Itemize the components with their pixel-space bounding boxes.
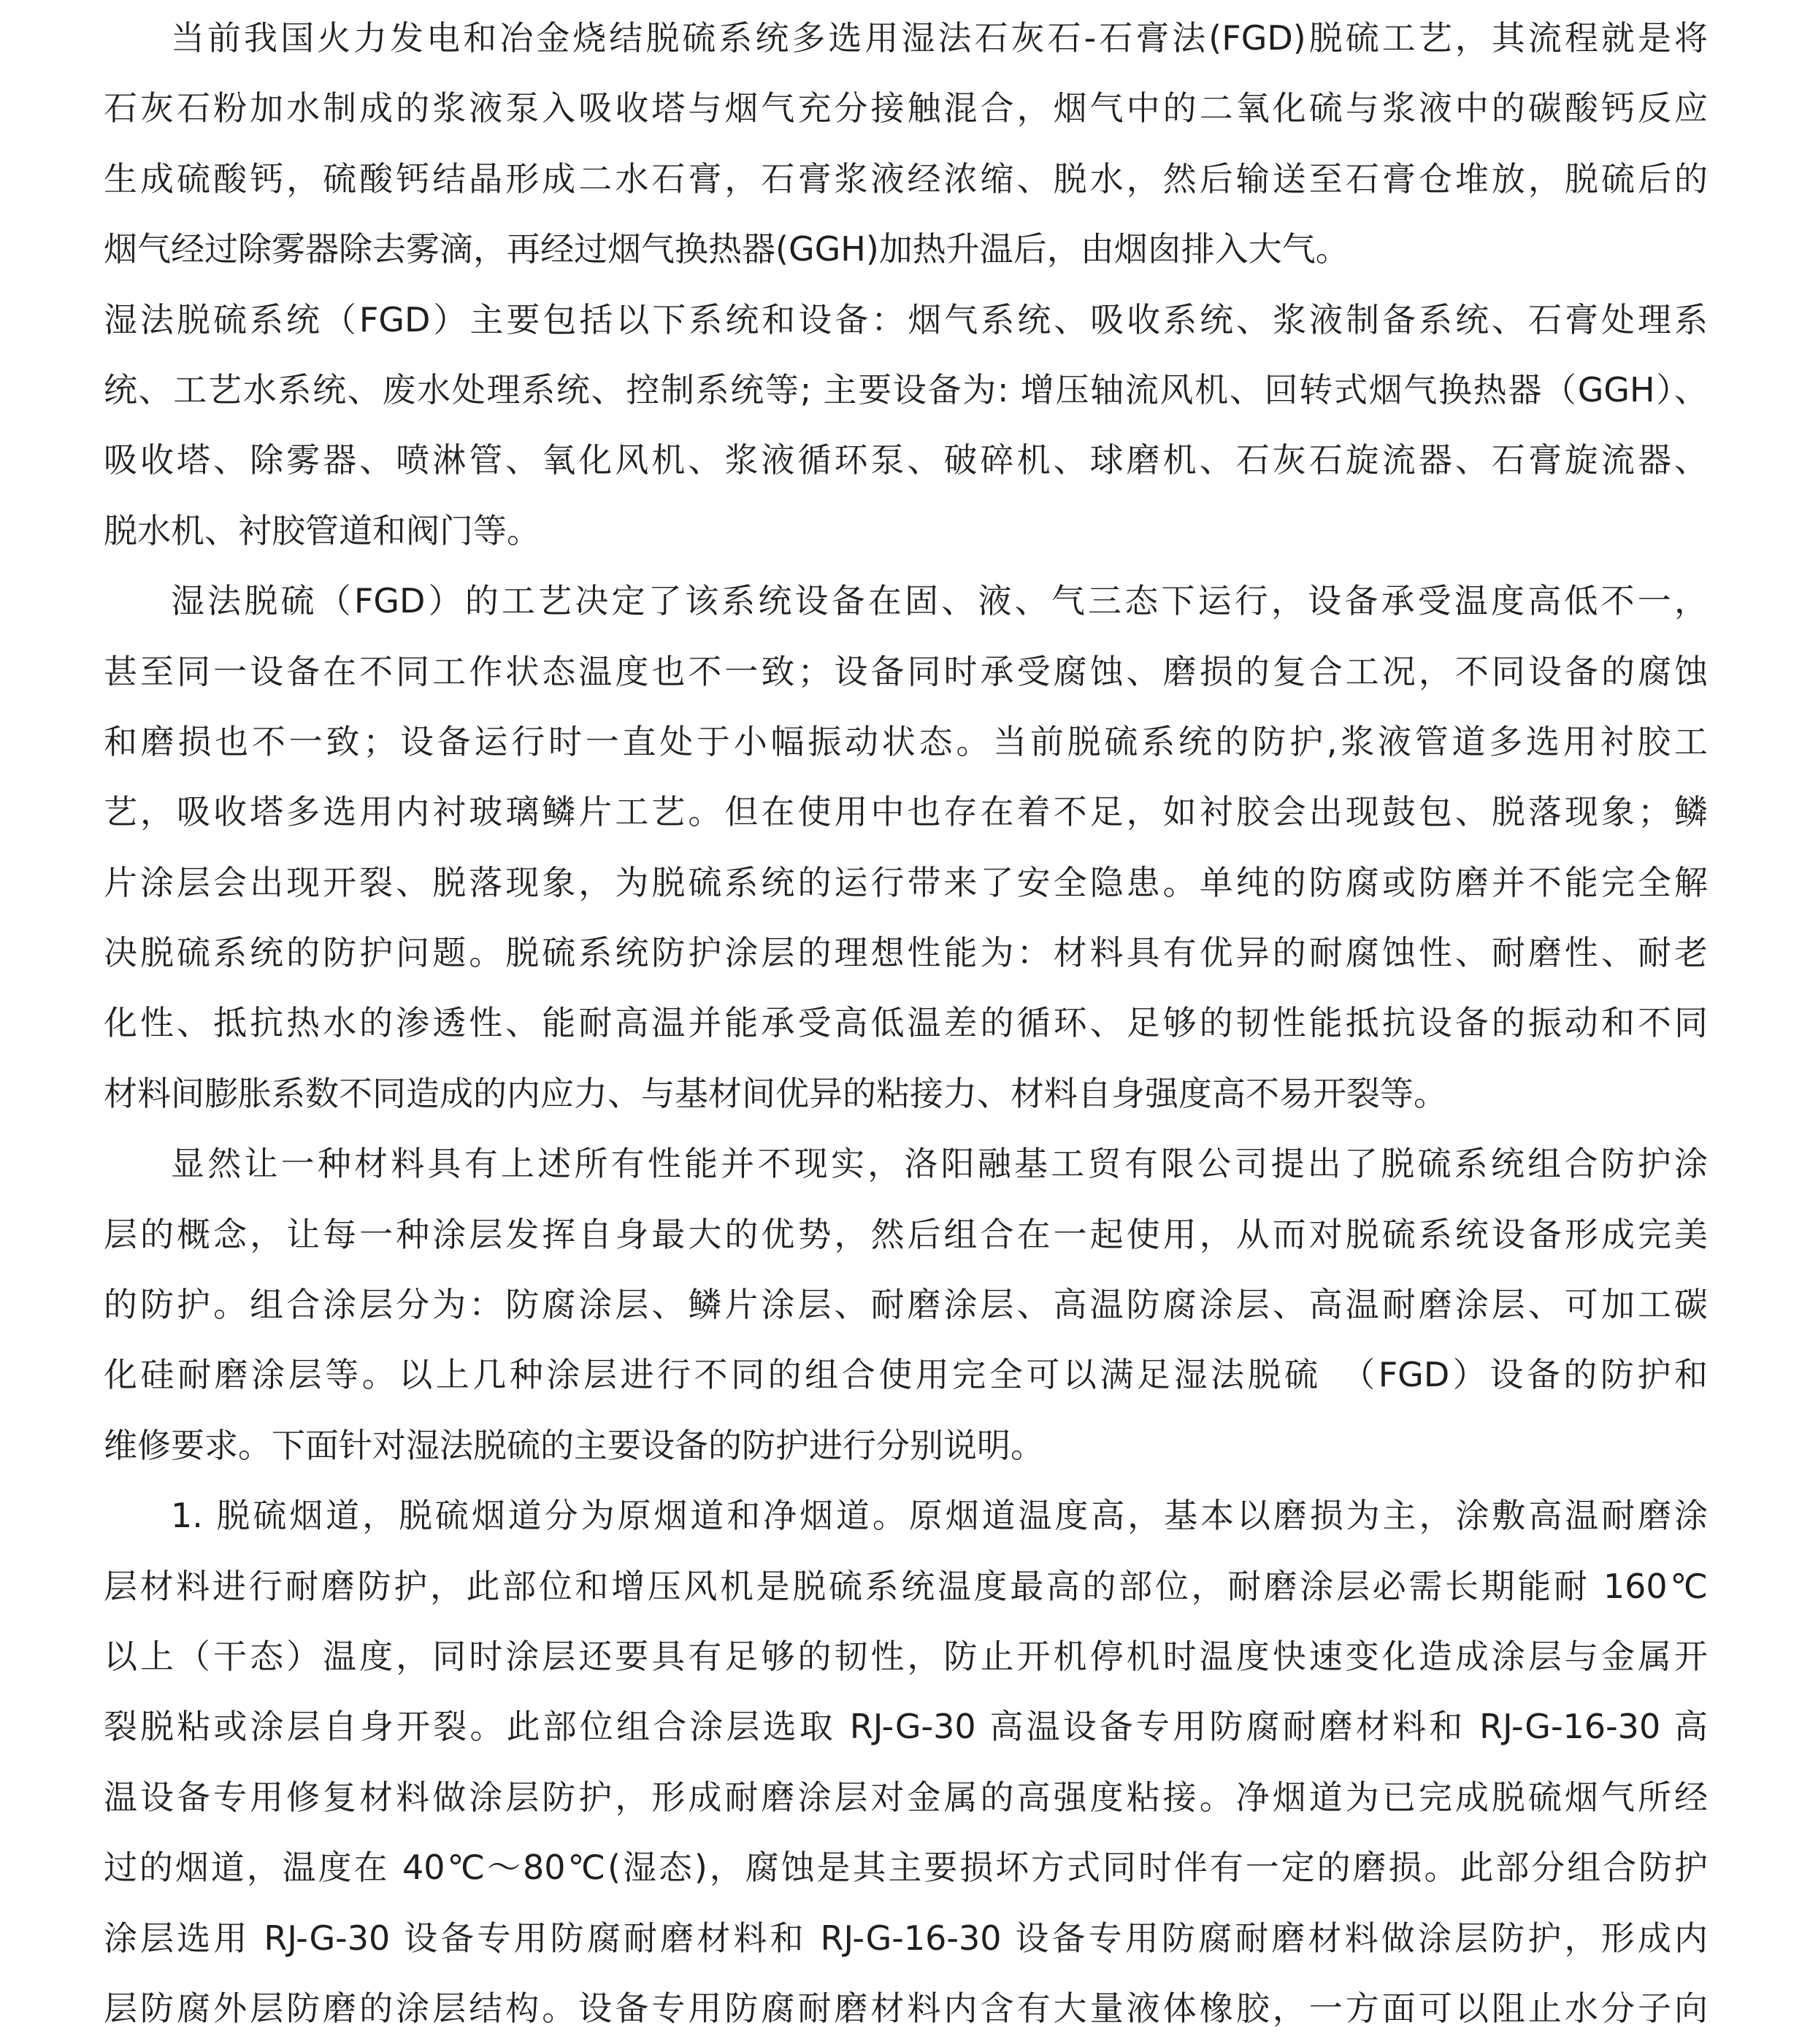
text-line: 艺，吸收塔多选用内衬玻璃鳞片工艺。但在使用中也存在着不足，如衬胶会出现鼓包、脱落… [104, 777, 1708, 847]
paragraph: 当前我国火力发电和冶金烧结脱硫系统多选用湿法石灰石-石膏法(FGD)脱硫工艺，其… [104, 3, 1708, 285]
text-line: 的防护。组合涂层分为：防腐涂层、鳞片涂层、耐磨涂层、高温防腐涂层、高温耐磨涂层、… [104, 1269, 1708, 1340]
text-line: 层的概念，让每一种涂层发挥自身最大的优势，然后组合在一起使用，从而对脱硫系统设备… [104, 1199, 1708, 1269]
text-line: 涂层选用 RJ-G-30 设备专用防腐耐磨材料和 RJ-G-16-30 设备专用… [104, 1903, 1708, 1973]
text-line: 化性、抵抗热水的渗透性、能耐高温并能承受高低温差的循环、足够的韧性能抵抗设备的振… [104, 988, 1708, 1058]
paragraph: 1. 脱硫烟道，脱硫烟道分为原烟道和净烟道。原烟道温度高，基本以磨损为主，涂敷高… [104, 1480, 1708, 2043]
text-line: 显然让一种材料具有上述所有性能并不现实，洛阳融基工贸有限公司提出了脱硫系统组合防… [104, 1129, 1708, 1199]
text-line: 材料间膨胀系数不同造成的内应力、与基材间优异的粘接力、材料自身强度高不易开裂等。 [104, 1058, 1708, 1129]
text-line: 统、工艺水系统、废水处理系统、控制系统等; 主要设备为: 增压轴流风机、回转式烟… [104, 355, 1708, 425]
paragraph: 湿法脱硫系统（FGD）主要包括以下系统和设备：烟气系统、吸收系统、浆液制备系统、… [104, 285, 1708, 566]
document-body: 当前我国火力发电和冶金烧结脱硫系统多选用湿法石灰石-石膏法(FGD)脱硫工艺，其… [104, 3, 1708, 2043]
text-line: 层材料进行耐磨防护，此部位和增压风机是脱硫系统温度最高的部位，耐磨涂层必需长期能… [104, 1551, 1708, 1621]
paragraph: 显然让一种材料具有上述所有性能并不现实，洛阳融基工贸有限公司提出了脱硫系统组合防… [104, 1129, 1708, 1480]
text-line: 片涂层会出现开裂、脱落现象，为脱硫系统的运行带来了安全隐患。单纯的防腐或防磨并不… [104, 848, 1708, 918]
text-line: 生成硫酸钙，硫酸钙结晶形成二水石膏，石膏浆液经浓缩、脱水，然后输送至石膏仓堆放，… [104, 144, 1708, 214]
text-line: 石灰石粉加水制成的浆液泵入吸收塔与烟气充分接触混合，烟气中的二氧化硫与浆液中的碳… [104, 73, 1708, 143]
text-line: 和磨损也不一致；设备运行时一直处于小幅振动状态。当前脱硫系统的防护,浆液管道多选… [104, 707, 1708, 777]
text-line: 1. 脱硫烟道，脱硫烟道分为原烟道和净烟道。原烟道温度高，基本以磨损为主，涂敷高… [104, 1480, 1708, 1551]
text-line: 湿法脱硫系统（FGD）主要包括以下系统和设备：烟气系统、吸收系统、浆液制备系统、… [104, 285, 1708, 355]
text-line: 温设备专用修复材料做涂层防护，形成耐磨涂层对金属的高强度粘接。净烟道为已完成脱硫… [104, 1762, 1708, 1832]
text-line: 化硅耐磨涂层等。以上几种涂层进行不同的组合使用完全可以满足湿法脱硫 （FGD）设… [104, 1340, 1708, 1410]
text-line: 吸收塔、除雾器、喷淋管、氧化风机、浆液循环泵、破碎机、球磨机、石灰石旋流器、石膏… [104, 425, 1708, 495]
paragraph: 湿法脱硫（FGD）的工艺决定了该系统设备在固、液、气三态下运行，设备承受温度高低… [104, 566, 1708, 1129]
text-line: 当前我国火力发电和冶金烧结脱硫系统多选用湿法石灰石-石膏法(FGD)脱硫工艺，其… [104, 3, 1708, 73]
text-line: 维修要求。下面针对湿法脱硫的主要设备的防护进行分别说明。 [104, 1410, 1708, 1480]
text-line: 层防腐外层防磨的涂层结构。设备专用防腐耐磨材料内含有大量液体橡胶，一方面可以阻止… [104, 1973, 1708, 2043]
text-line: 甚至同一设备在不同工作状态温度也不一致；设备同时承受腐蚀、磨损的复合工况，不同设… [104, 637, 1708, 707]
text-line: 脱水机、衬胶管道和阀门等。 [104, 496, 1708, 566]
text-line: 过的烟道，温度在 40℃～80℃(湿态)，腐蚀是其主要损坏方式同时伴有一定的磨损… [104, 1832, 1708, 1902]
text-line: 烟气经过除雾器除去雾滴，再经过烟气换热器(GGH)加热升温后，由烟囱排入大气。 [104, 214, 1708, 284]
document-page: 当前我国火力发电和冶金烧结脱硫系统多选用湿法石灰石-石膏法(FGD)脱硫工艺，其… [0, 0, 1810, 2044]
text-line: 裂脱粘或涂层自身开裂。此部位组合涂层选取 RJ-G-30 高温设备专用防腐耐磨材… [104, 1691, 1708, 1761]
text-line: 以上（干态）温度，同时涂层还要具有足够的韧性，防止开机停机时温度快速变化造成涂层… [104, 1621, 1708, 1691]
text-line: 湿法脱硫（FGD）的工艺决定了该系统设备在固、液、气三态下运行，设备承受温度高低… [104, 566, 1708, 636]
text-line: 决脱硫系统的防护问题。脱硫系统防护涂层的理想性能为：材料具有优异的耐腐蚀性、耐磨… [104, 918, 1708, 988]
